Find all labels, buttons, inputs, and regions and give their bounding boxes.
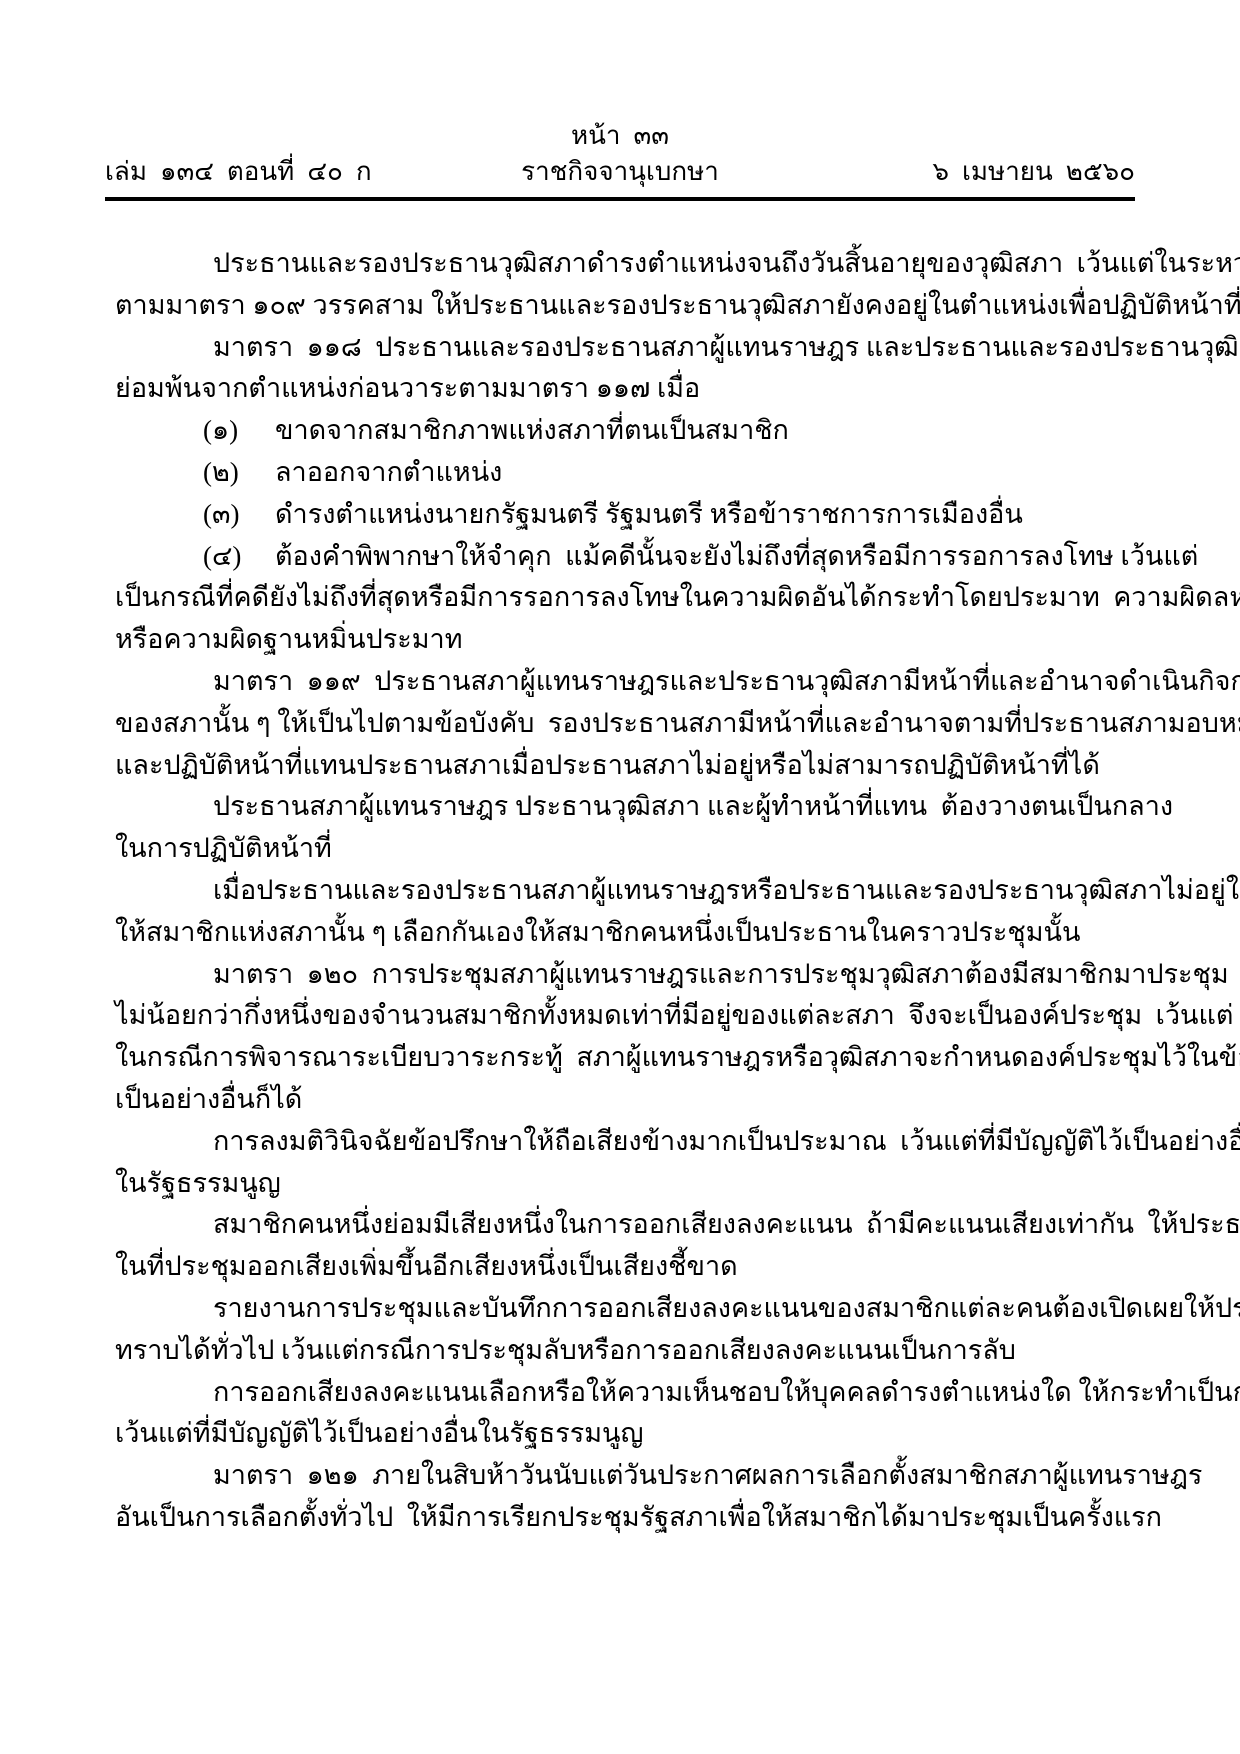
text-line: ในรัฐธรรมนูญ [115, 1163, 1125, 1205]
text-line: ประธานและรองประธานวุฒิสภาดำรงตำแหน่งจนถึ… [115, 243, 1125, 285]
document-body: ประธานและรองประธานวุฒิสภาดำรงตำแหน่งจนถึ… [115, 243, 1125, 1539]
text-line: มาตรา ๑๑๘ ประธานและรองประธานสภาผู้แทนราษ… [115, 327, 1125, 369]
text-line: การลงมติวินิจฉัยข้อปรึกษาให้ถือเสียงข้าง… [115, 1121, 1125, 1163]
clause-text: ขาดจากสมาชิกภาพแห่งสภาที่ตนเป็นสมาชิก [275, 415, 789, 445]
text-line: ในกรณีการพิจารณาระเบียบวาระกระทู้ สภาผู้… [115, 1037, 1125, 1079]
page-number: หน้า ๓๓ [0, 120, 1240, 152]
text-line: ทราบได้ทั่วไป เว้นแต่กรณีการประชุมลับหรื… [115, 1330, 1125, 1372]
gazette-page: หน้า ๓๓ เล่ม ๑๓๔ ตอนที่ ๔๐ ก ราชกิจจานุเ… [0, 0, 1240, 1754]
text-line: ในที่ประชุมออกเสียงเพิ่มขึ้นอีกเสียงหนึ่… [115, 1246, 1125, 1288]
text-line: อันเป็นการเลือกตั้งทั่วไป ให้มีการเรียกป… [115, 1497, 1125, 1539]
text-line: เมื่อประธานและรองประธานสภาผู้แทนราษฎรหรื… [115, 870, 1125, 912]
clause-number: (๔) [203, 536, 275, 578]
clause-number: (๒) [203, 452, 275, 494]
text-line: เป็นอย่างอื่นก็ได้ [115, 1079, 1125, 1121]
text-line: (๔)ต้องคำพิพากษาให้จำคุก แม้คดีนั้นจะยัง… [115, 536, 1125, 578]
text-line: ย่อมพ้นจากตำแหน่งก่อนวาระตามมาตรา ๑๑๗ เม… [115, 368, 1125, 410]
text-line: สมาชิกคนหนึ่งย่อมมีเสียงหนึ่งในการออกเสี… [115, 1204, 1125, 1246]
text-line: มาตรา ๑๒๐ การประชุมสภาผู้แทนราษฎรและการป… [115, 954, 1125, 996]
clause-text: ดำรงตำแหน่งนายกรัฐมนตรี รัฐมนตรี หรือข้า… [275, 499, 1023, 529]
text-line: มาตรา ๑๑๙ ประธานสภาผู้แทนราษฎรและประธานว… [115, 661, 1125, 703]
text-line: (๑)ขาดจากสมาชิกภาพแห่งสภาที่ตนเป็นสมาชิก [115, 410, 1125, 452]
text-line: และปฏิบัติหน้าที่แทนประธานสภาเมื่อประธาน… [115, 745, 1125, 787]
clause-number: (๑) [203, 410, 275, 452]
page-header: เล่ม ๑๓๔ ตอนที่ ๔๐ ก ราชกิจจานุเบกษา ๖ เ… [105, 156, 1135, 190]
text-line: หรือความผิดฐานหมิ่นประมาท [115, 619, 1125, 661]
text-line: เป็นกรณีที่คดียังไม่ถึงที่สุดหรือมีการรอ… [115, 577, 1125, 619]
text-line: (๒)ลาออกจากตำแหน่ง [115, 452, 1125, 494]
text-line: ประธานสภาผู้แทนราษฎร ประธานวุฒิสภา และผู… [115, 786, 1125, 828]
text-line: (๓)ดำรงตำแหน่งนายกรัฐมนตรี รัฐมนตรี หรือ… [115, 494, 1125, 536]
text-line: ในการปฏิบัติหน้าที่ [115, 828, 1125, 870]
publication-date: ๖ เมษายน ๒๕๖๐ [933, 156, 1135, 188]
text-line: ตามมาตรา ๑๐๙ วรรคสาม ให้ประธานและรองประธ… [115, 285, 1125, 327]
text-line: ของสภานั้น ๆ ให้เป็นไปตามข้อบังคับ รองปร… [115, 703, 1125, 745]
text-line: ไม่น้อยกว่ากึ่งหนึ่งของจำนวนสมาชิกทั้งหม… [115, 995, 1125, 1037]
header-divider [105, 197, 1135, 201]
clause-number: (๓) [203, 494, 275, 536]
clause-text: ลาออกจากตำแหน่ง [275, 457, 502, 487]
text-line: การออกเสียงลงคะแนนเลือกหรือให้ความเห็นชอ… [115, 1372, 1125, 1414]
text-line: ให้สมาชิกแห่งสภานั้น ๆ เลือกกันเองให้สมา… [115, 912, 1125, 954]
text-line: รายงานการประชุมและบันทึกการออกเสียงลงคะแ… [115, 1288, 1125, 1330]
text-line: มาตรา ๑๒๑ ภายในสิบห้าวันนับแต่วันประกาศผ… [115, 1455, 1125, 1497]
text-line: เว้นแต่ที่มีบัญญัติไว้เป็นอย่างอื่นในรัฐ… [115, 1413, 1125, 1455]
clause-text: ต้องคำพิพากษาให้จำคุก แม้คดีนั้นจะยังไม่… [275, 541, 1198, 571]
